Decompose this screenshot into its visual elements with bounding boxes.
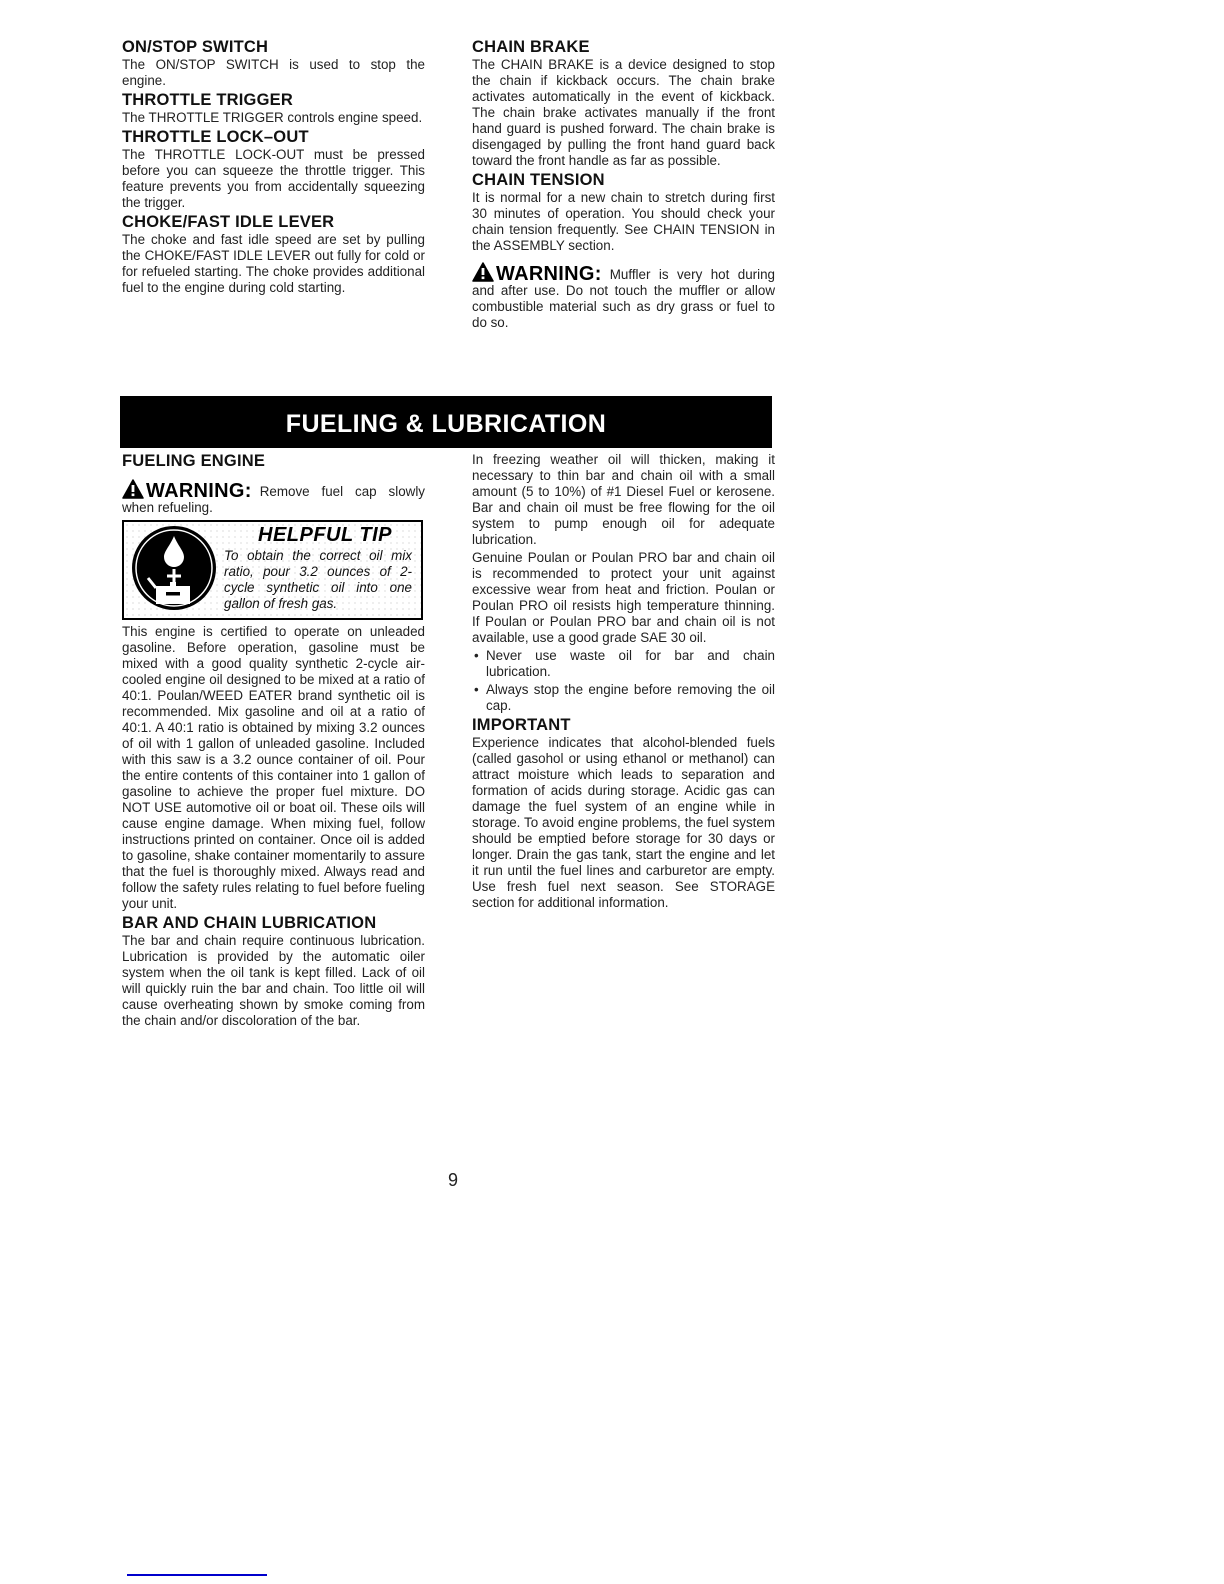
bar-chain-lubrication-heading: BAR AND CHAIN LUBRICATION: [122, 914, 425, 933]
important-text: Experience indicates that alcohol-blende…: [472, 735, 775, 911]
important-heading: IMPORTANT: [472, 716, 775, 735]
oil-bullet-list: Never use waste oil for bar and chain lu…: [472, 648, 775, 714]
choke-lever-text: The choke and fast idle speed are set by…: [122, 232, 425, 296]
top-left-column: ON/STOP SWITCH The ON/STOP SWITCH is use…: [122, 38, 425, 298]
fueling-engine-heading: FUELING ENGINE: [122, 452, 425, 471]
footer-accent-line: [127, 1574, 267, 1576]
onstop-switch-text: The ON/STOP SWITCH is used to stop the e…: [122, 57, 425, 89]
chain-tension-text: It is normal for a new chain to stretch …: [472, 190, 775, 254]
muffler-warning: WARNING:Muffler is very hot during and a…: [472, 262, 775, 331]
chain-brake-text: The CHAIN BRAKE is a device designed to …: [472, 57, 775, 169]
fuel-oil-mix-icon: [130, 524, 218, 612]
warning-triangle-icon: [472, 262, 494, 282]
chain-tension-heading: CHAIN TENSION: [472, 171, 775, 190]
warning-label: WARNING:: [146, 480, 252, 502]
onstop-switch-heading: ON/STOP SWITCH: [122, 38, 425, 57]
throttle-lockout-heading: THROTTLE LOCK–OUT: [122, 128, 425, 147]
bottom-right-column: In freezing weather oil will thicken, ma…: [472, 452, 775, 913]
bottom-left-column: FUELING ENGINE WARNING:Remove fuel cap s…: [122, 452, 425, 1031]
helpful-tip-text: To obtain the correct oil mix ratio, pou…: [224, 548, 412, 612]
throttle-trigger-heading: THROTTLE TRIGGER: [122, 91, 425, 110]
section-banner: FUELING & LUBRICATION: [120, 396, 772, 448]
page-number: 9: [448, 1170, 458, 1191]
fuel-cap-warning: WARNING:Remove fuel cap slowly when refu…: [122, 479, 425, 516]
chain-brake-heading: CHAIN BRAKE: [472, 38, 775, 57]
throttle-lockout-text: The THROTTLE LOCK-OUT must be pressed be…: [122, 147, 425, 211]
warning-triangle-icon: [122, 479, 144, 499]
throttle-trigger-text: The THROTTLE TRIGGER controls engine spe…: [122, 110, 425, 126]
list-item: Never use waste oil for bar and chain lu…: [486, 648, 775, 680]
fueling-text: This engine is certified to operate on u…: [122, 624, 425, 912]
helpful-tip-title: HELPFUL TIP: [258, 524, 392, 547]
freezing-weather-text: In freezing weather oil will thicken, ma…: [472, 452, 775, 548]
list-item: Always stop the engine before removing t…: [486, 682, 775, 714]
top-right-column: CHAIN BRAKE The CHAIN BRAKE is a device …: [472, 38, 775, 331]
helpful-tip-box: HELPFUL TIP To obtain the correct oil mi…: [122, 520, 423, 620]
choke-lever-heading: CHOKE/FAST IDLE LEVER: [122, 213, 425, 232]
warning-label: WARNING:: [496, 263, 602, 285]
genuine-oil-text: Genuine Poulan or Poulan PRO bar and cha…: [472, 550, 775, 646]
bar-chain-lubrication-text: The bar and chain require continuous lub…: [122, 933, 425, 1029]
